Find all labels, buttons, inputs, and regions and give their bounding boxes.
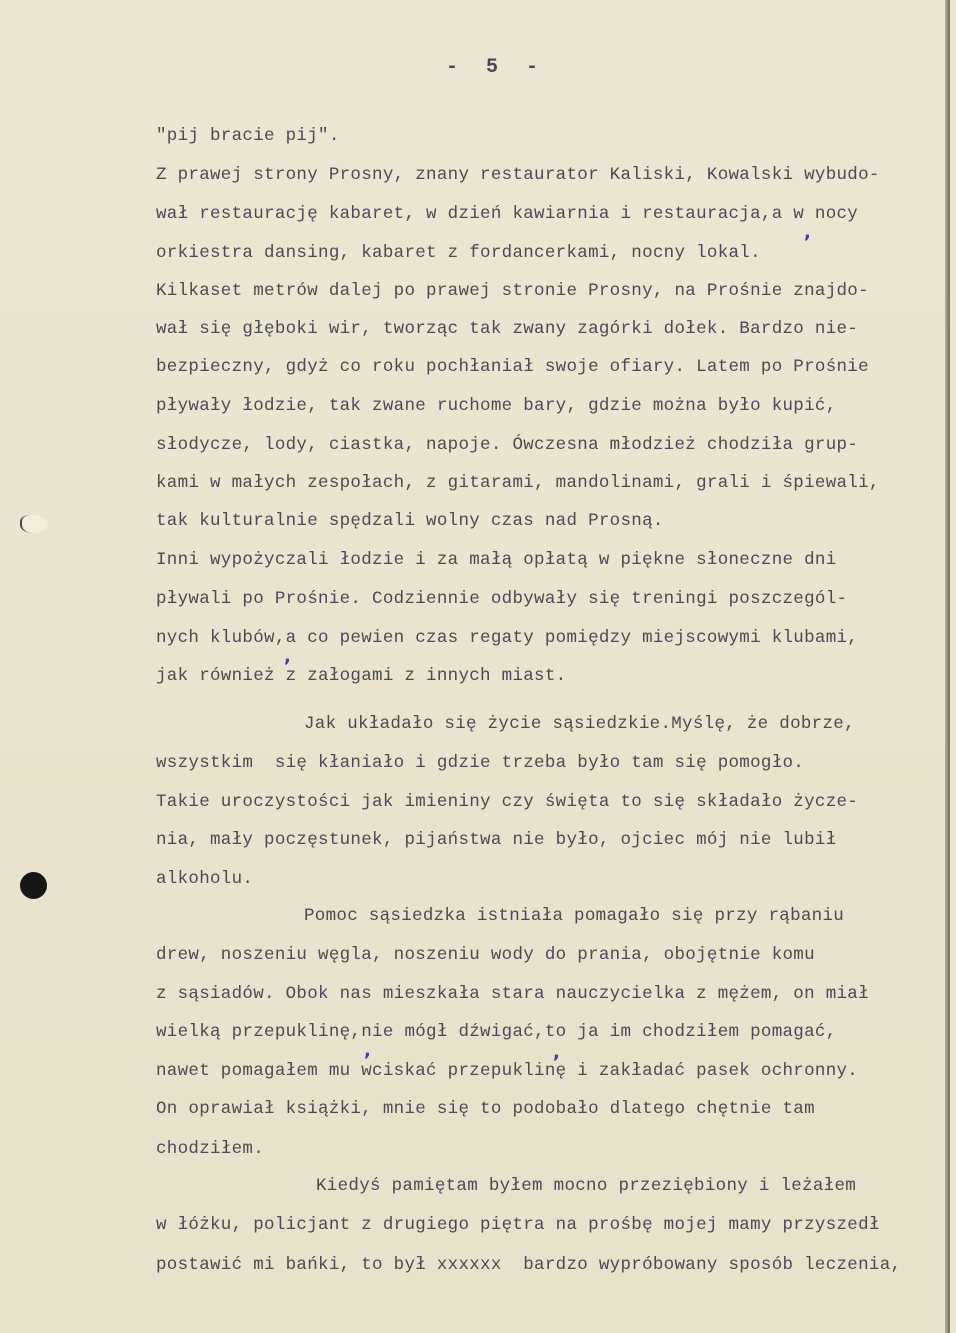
text-line: Kilkaset metrów dalej po prawej stronie … bbox=[156, 281, 869, 301]
text-line: Kiedyś pamiętam byłem mocno przeziębiony… bbox=[316, 1176, 856, 1196]
text-line: nych klubów,a co pewien czas regaty pomi… bbox=[156, 628, 858, 648]
page-edge bbox=[945, 0, 950, 1333]
text-line: z sąsiadów. Obok nas mieszkała stara nau… bbox=[156, 984, 869, 1004]
text-line: chodziłem. bbox=[156, 1139, 264, 1159]
text-line: Jak układało się życie sąsiedzkie.Myślę,… bbox=[304, 714, 855, 734]
text-line: kami w małych zespołach, z gitarami, man… bbox=[156, 473, 880, 493]
text-line: drew, noszeniu węgla, noszeniu wody do p… bbox=[156, 945, 815, 965]
text-line: Takie uroczystości jak imieniny czy świę… bbox=[156, 792, 858, 812]
paper-tear-mark bbox=[20, 515, 48, 533]
text-line: tak kulturalnie spędzali wolny czas nad … bbox=[156, 511, 664, 531]
handwritten-comma-mark: , bbox=[804, 222, 811, 243]
text-line: bezpieczny, gdyż co roku pochłaniał swoj… bbox=[156, 357, 869, 377]
text-line: Pomoc sąsiedzka istniała pomagało się pr… bbox=[304, 906, 844, 926]
page-number: - 5 - bbox=[446, 56, 546, 79]
handwritten-comma-mark: , bbox=[284, 646, 291, 667]
text-line: wał restaurację kabaret, w dzień kawiarn… bbox=[156, 204, 858, 224]
text-line: nia, mały poczęstunek, pijaństwa nie był… bbox=[156, 830, 837, 850]
text-line: pływali po Prośnie. Codziennie odbywały … bbox=[156, 589, 847, 609]
text-line: Inni wypożyczali łodzie i za małą opłatą… bbox=[156, 550, 837, 570]
text-line: jak również z załogami z innych miast. bbox=[156, 666, 566, 686]
text-line: orkiestra dansing, kabaret z fordancerka… bbox=[156, 243, 761, 263]
punch-hole bbox=[20, 872, 47, 899]
text-line: w łóżku, policjant z drugiego piętra na … bbox=[156, 1215, 880, 1235]
text-line: pływały łodzie, tak zwane ruchome bary, … bbox=[156, 396, 837, 416]
text-line: wał się głęboki wir, tworząc tak zwany z… bbox=[156, 319, 858, 339]
text-line: słodycze, lody, ciastka, napoje. Ówczesn… bbox=[156, 435, 858, 455]
text-line: On oprawiał książki, mnie się to podobał… bbox=[156, 1099, 815, 1119]
handwritten-comma-mark: , bbox=[553, 1042, 560, 1063]
text-line: nawet pomagałem mu wciskać przepuklinę i… bbox=[156, 1061, 858, 1081]
text-line: Z prawej strony Prosny, znany restaurato… bbox=[156, 165, 880, 185]
text-line: postawić mi bańki, to był xxxxxx bardzo … bbox=[156, 1255, 901, 1275]
text-line: wszystkim się kłaniało i gdzie trzeba by… bbox=[156, 753, 804, 773]
document-page: - 5 - "pij bracie pij". Z prawej strony … bbox=[0, 0, 950, 1333]
text-line: wielką przepuklinę,nie mógł dźwigać,to j… bbox=[156, 1022, 837, 1042]
handwritten-comma-mark: , bbox=[364, 1040, 371, 1061]
text-line: "pij bracie pij". bbox=[156, 126, 340, 146]
text-line: alkoholu. bbox=[156, 869, 253, 889]
